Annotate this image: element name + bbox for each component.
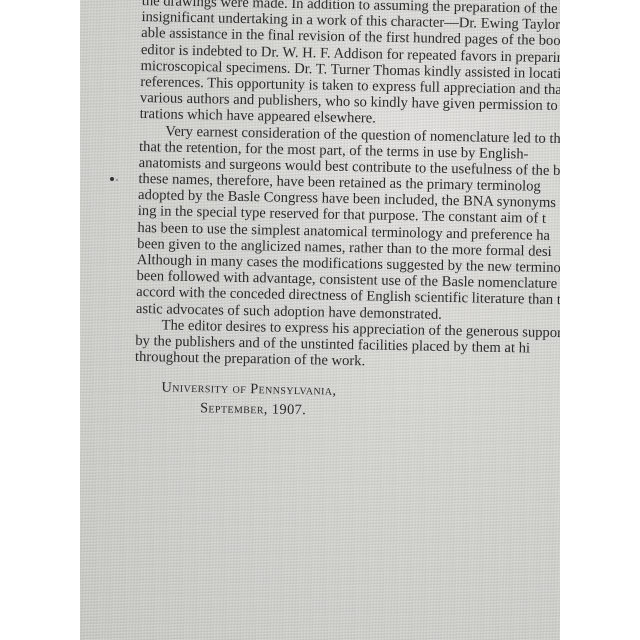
photo-scene: the drawings were made. In addition to a… [0,0,640,640]
ink-speck [110,177,114,181]
preface-text: the drawings were made. In addition to a… [134,0,560,428]
ink-speck-small [116,179,118,181]
book-page: the drawings were made. In addition to a… [80,0,560,640]
